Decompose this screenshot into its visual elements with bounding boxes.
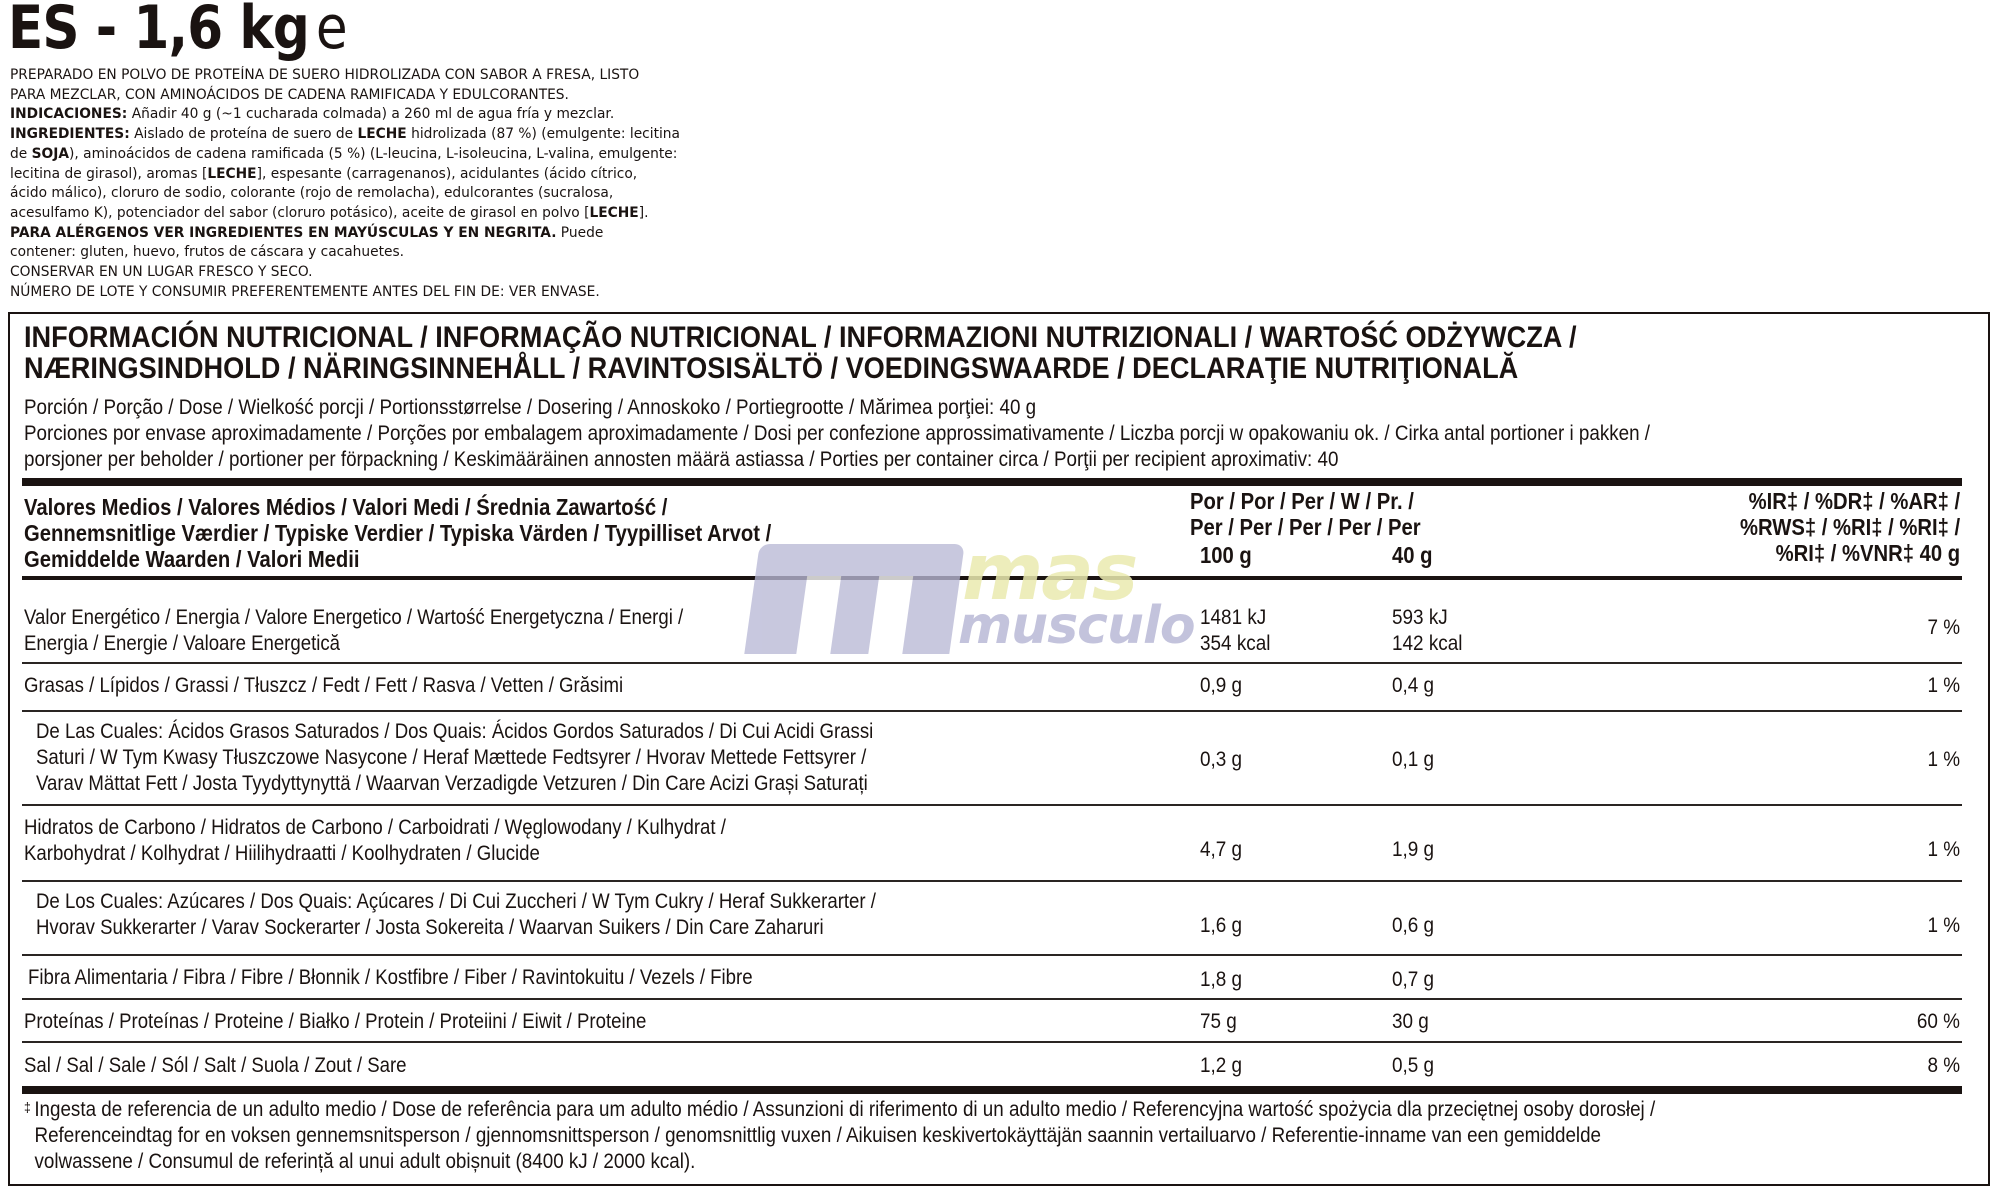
reference-intake-percent: 8 % bbox=[1927, 1052, 1960, 1078]
serving-size: Porción / Porção / Dose / Wielkość porcj… bbox=[24, 394, 1650, 420]
ingredients-text: acesulfamo K), potenciador del sabor (cl… bbox=[10, 205, 589, 221]
nutrition-title-line: NÆRINGSINDHOLD / NÄRINGSINNEHÅLL / RAVIN… bbox=[24, 353, 1576, 384]
value-per-40g-line: 0,1 g bbox=[1392, 746, 1434, 772]
table-bottom-rule bbox=[22, 1086, 1962, 1094]
value-per-40g-line: 30 g bbox=[1392, 1008, 1429, 1034]
nutrient-label-line: Karbohydrat / Kolhydrat / Hiilihydraatti… bbox=[24, 840, 726, 866]
nutrient-label: Hidratos de Carbono / Hidratos de Carbon… bbox=[24, 814, 726, 866]
column-header-line: Por / Por / Per / W / Pr. / bbox=[1190, 488, 1421, 514]
estimated-sign-icon: e bbox=[316, 0, 347, 63]
column-header-line: %IR‡ / %DR‡ / %AR‡ / bbox=[1740, 488, 1960, 514]
value-per-100g: 0,3 g bbox=[1200, 746, 1242, 772]
value-per-100g: 4,7 g bbox=[1200, 836, 1242, 862]
column-header-line: Gemiddelde Waarden / Valori Medii bbox=[24, 546, 771, 572]
reference-intake-percent: 1 % bbox=[1927, 672, 1960, 698]
value-per-40g-line: 593 kJ bbox=[1392, 604, 1462, 630]
may-contain: contener: gluten, huevo, frutos de cásca… bbox=[10, 243, 732, 263]
value-per-40g-line: 0,6 g bbox=[1392, 912, 1434, 938]
column-header-per100: 100 g bbox=[1200, 542, 1252, 568]
footnote-line: ‡Ingesta de referencia de un adulto medi… bbox=[24, 1096, 1655, 1122]
nutrient-label-line: De Los Cuales: Azúcares / Dos Quais: Açú… bbox=[36, 888, 876, 914]
row-divider bbox=[22, 662, 1962, 664]
value-per-40g: 593 kJ142 kcal bbox=[1392, 604, 1462, 656]
nutrient-label: Proteínas / Proteínas / Proteine / Białk… bbox=[24, 1008, 646, 1034]
value-per-100g: 1,2 g bbox=[1200, 1052, 1242, 1078]
value-per-100g: 1,8 g bbox=[1200, 966, 1242, 992]
reference-intake-percent: 7 % bbox=[1927, 614, 1960, 640]
column-header-line: %RWS‡ / %RI‡ / %RI‡ / bbox=[1740, 514, 1960, 540]
nutrient-label: De Las Cuales: Ácidos Grasos Saturados /… bbox=[36, 718, 873, 796]
product-heading: ES - 1,6 kge bbox=[8, 0, 347, 62]
nutrient-label: Sal / Sal / Sale / Sól / Salt / Suola / … bbox=[24, 1052, 406, 1078]
allergen: LECHE bbox=[589, 205, 638, 221]
ingredients-text: lecitina de girasol), aromas [ bbox=[10, 166, 207, 182]
allergens-text: Puede bbox=[556, 225, 603, 241]
value-per-100g-line: 1481 kJ bbox=[1200, 604, 1270, 630]
nutrient-label: Fibra Alimentaria / Fibra / Fibre / Błon… bbox=[28, 964, 753, 990]
row-divider bbox=[22, 804, 1962, 806]
column-header-line: Per / Per / Per / Per / Per bbox=[1190, 514, 1421, 540]
nutrition-panel: INFORMACIÓN NUTRICIONAL / INFORMAÇÃO NUT… bbox=[8, 312, 1990, 1186]
column-header-ri: %IR‡ / %DR‡ / %AR‡ / %RWS‡ / %RI‡ / %RI‡… bbox=[1740, 488, 1960, 566]
serving-info: Porción / Porção / Dose / Wielkość porcj… bbox=[24, 394, 1650, 472]
row-divider bbox=[22, 1041, 1962, 1043]
value-per-40g: 30 g bbox=[1392, 1008, 1429, 1034]
nutrient-label-line: Hidratos de Carbono / Hidratos de Carbon… bbox=[24, 814, 726, 840]
value-per-40g-line: 0,7 g bbox=[1392, 966, 1434, 992]
value-per-100g-line: 1,6 g bbox=[1200, 912, 1242, 938]
column-header-per40: 40 g bbox=[1392, 542, 1433, 568]
allergens-note: PARA ALÉRGENOS VER INGREDIENTES EN MAYÚS… bbox=[10, 224, 732, 244]
reference-intake-percent: 1 % bbox=[1927, 746, 1960, 772]
storage-note: CONSERVAR EN UN LUGAR FRESCO Y SECO. bbox=[10, 263, 732, 283]
column-header-line: %RI‡ / %VNR‡ 40 g bbox=[1740, 540, 1960, 566]
allergen: LECHE bbox=[357, 126, 406, 142]
nutrient-label-line: Hvorav Sukkerarter / Varav Sockerarter /… bbox=[36, 914, 876, 940]
footnote-text: Ingesta de referencia de un adulto medio… bbox=[34, 1097, 1655, 1121]
nutrition-title: INFORMACIÓN NUTRICIONAL / INFORMAÇÃO NUT… bbox=[24, 322, 1576, 384]
header-rule bbox=[22, 576, 1962, 580]
table-top-rule bbox=[22, 478, 1962, 486]
lot-note: NÚMERO DE LOTE Y CONSUMIR PREFERENTEMENT… bbox=[10, 283, 732, 303]
column-header-line: Valores Medios / Valores Médios / Valori… bbox=[24, 494, 771, 520]
value-per-40g: 1,9 g bbox=[1392, 836, 1434, 862]
ingredients-text: hidrolizada (87 %) (emulgente: lecitina bbox=[407, 126, 680, 142]
value-per-40g: 0,4 g bbox=[1392, 672, 1434, 698]
value-per-100g-line: 75 g bbox=[1200, 1008, 1237, 1034]
ingredients-line: INGREDIENTES: Aislado de proteína de sue… bbox=[10, 125, 732, 145]
nutrient-label-line: Varav Mättat Fett / Josta Tyydyttynyttä … bbox=[36, 770, 873, 796]
footnote: ‡Ingesta de referencia de un adulto medi… bbox=[24, 1096, 1655, 1174]
ingredients-text: de bbox=[10, 146, 32, 162]
nutrient-label-line: Energia / Energie / Valoare Energetică bbox=[24, 630, 683, 656]
nutrient-label-line: Valor Energético / Energia / Valore Ener… bbox=[24, 604, 683, 630]
indications-text: Añadir 40 g (~1 cucharada colmada) a 260… bbox=[127, 106, 614, 122]
column-header-per: Por / Por / Per / W / Pr. / Per / Per / … bbox=[1190, 488, 1421, 540]
value-per-100g: 1481 kJ354 kcal bbox=[1200, 604, 1270, 656]
row-divider bbox=[22, 880, 1962, 882]
ingredients-text: ]. bbox=[639, 205, 649, 221]
value-per-100g-line: 4,7 g bbox=[1200, 836, 1242, 862]
value-per-100g-line: 0,9 g bbox=[1200, 672, 1242, 698]
value-per-100g: 75 g bbox=[1200, 1008, 1237, 1034]
allergens-label: PARA ALÉRGENOS VER INGREDIENTES EN MAYÚS… bbox=[10, 225, 556, 241]
row-divider bbox=[22, 710, 1962, 712]
ingredients-line: lecitina de girasol), aromas [LECHE], es… bbox=[10, 165, 732, 185]
product-description: PREPARADO EN POLVO DE PROTEÍNA DE SUERO … bbox=[10, 66, 732, 302]
description-line: PARA MEZCLAR, CON AMINOÁCIDOS DE CADENA … bbox=[10, 86, 732, 106]
value-per-100g-line: 354 kcal bbox=[1200, 630, 1270, 656]
reference-intake-percent: 60 % bbox=[1917, 1008, 1960, 1034]
nutrient-label-line: Grasas / Lípidos / Grassi / Tłuszcz / Fe… bbox=[24, 672, 623, 698]
nutrition-title-line: INFORMACIÓN NUTRICIONAL / INFORMAÇÃO NUT… bbox=[24, 322, 1576, 353]
allergen: LECHE bbox=[207, 166, 256, 182]
reference-intake-percent: 1 % bbox=[1927, 836, 1960, 862]
ingredients-text: ), aminoácidos de cadena ramificada (5 %… bbox=[69, 146, 677, 162]
nutrient-label: Grasas / Lípidos / Grassi / Tłuszcz / Fe… bbox=[24, 672, 623, 698]
nutrient-label-line: Saturi / W Tym Kwasy Tłuszczowe Nasycone… bbox=[36, 744, 873, 770]
servings-per-container: porsjoner per beholder / portioner per f… bbox=[24, 446, 1650, 472]
ingredients-line: de SOJA), aminoácidos de cadena ramifica… bbox=[10, 145, 732, 165]
nutrient-label: Valor Energético / Energia / Valore Ener… bbox=[24, 604, 683, 656]
value-per-100g-line: 1,2 g bbox=[1200, 1052, 1242, 1078]
value-per-100g-line: 0,3 g bbox=[1200, 746, 1242, 772]
footnote-line: Referenceindtag for en voksen gennemsnit… bbox=[24, 1122, 1655, 1148]
value-per-40g-line: 0,4 g bbox=[1392, 672, 1434, 698]
indications-label: INDICACIONES: bbox=[10, 106, 127, 122]
footnote-mark: ‡ bbox=[24, 1099, 31, 1115]
indications: INDICACIONES: Añadir 40 g (~1 cucharada … bbox=[10, 105, 732, 125]
ingredients-text: ], espesante (carragenanos), acidulantes… bbox=[257, 166, 638, 182]
product-title: ES - 1,6 kg bbox=[8, 0, 309, 63]
nutrient-label-line: De Las Cuales: Ácidos Grasos Saturados /… bbox=[36, 718, 873, 744]
ingredients-line: acesulfamo K), potenciador del sabor (cl… bbox=[10, 204, 732, 224]
footnote-line: volwassene / Consumul de referință al un… bbox=[24, 1148, 1655, 1174]
nutrient-label: De Los Cuales: Azúcares / Dos Quais: Açú… bbox=[36, 888, 876, 940]
allergen: SOJA bbox=[32, 146, 69, 162]
row-divider bbox=[22, 954, 1962, 956]
value-per-100g: 1,6 g bbox=[1200, 912, 1242, 938]
nutrient-label-line: Fibra Alimentaria / Fibra / Fibre / Błon… bbox=[28, 964, 753, 990]
value-per-100g-line: 1,8 g bbox=[1200, 966, 1242, 992]
description-line: PREPARADO EN POLVO DE PROTEÍNA DE SUERO … bbox=[10, 66, 732, 86]
value-per-40g: 0,7 g bbox=[1392, 966, 1434, 992]
ingredients-line: ácido málico), cloruro de sodio, coloran… bbox=[10, 184, 732, 204]
value-per-40g-line: 142 kcal bbox=[1392, 630, 1462, 656]
value-per-40g: 0,1 g bbox=[1392, 746, 1434, 772]
nutrient-label-line: Proteínas / Proteínas / Proteine / Białk… bbox=[24, 1008, 646, 1034]
column-header-label: Valores Medios / Valores Médios / Valori… bbox=[24, 494, 771, 572]
ingredients-label: INGREDIENTES: bbox=[10, 126, 130, 142]
value-per-40g-line: 1,9 g bbox=[1392, 836, 1434, 862]
reference-intake-percent: 1 % bbox=[1927, 912, 1960, 938]
value-per-100g: 0,9 g bbox=[1200, 672, 1242, 698]
nutrient-label-line: Sal / Sal / Sale / Sól / Salt / Suola / … bbox=[24, 1052, 406, 1078]
value-per-40g-line: 0,5 g bbox=[1392, 1052, 1434, 1078]
value-per-40g: 0,6 g bbox=[1392, 912, 1434, 938]
ingredients-text: Aislado de proteína de suero de bbox=[130, 126, 358, 142]
column-header-line: Gennemsnitlige Værdier / Typiske Verdier… bbox=[24, 520, 771, 546]
value-per-40g: 0,5 g bbox=[1392, 1052, 1434, 1078]
row-divider bbox=[22, 998, 1962, 1000]
servings-per-container: Porciones por envase aproximadamente / P… bbox=[24, 420, 1650, 446]
